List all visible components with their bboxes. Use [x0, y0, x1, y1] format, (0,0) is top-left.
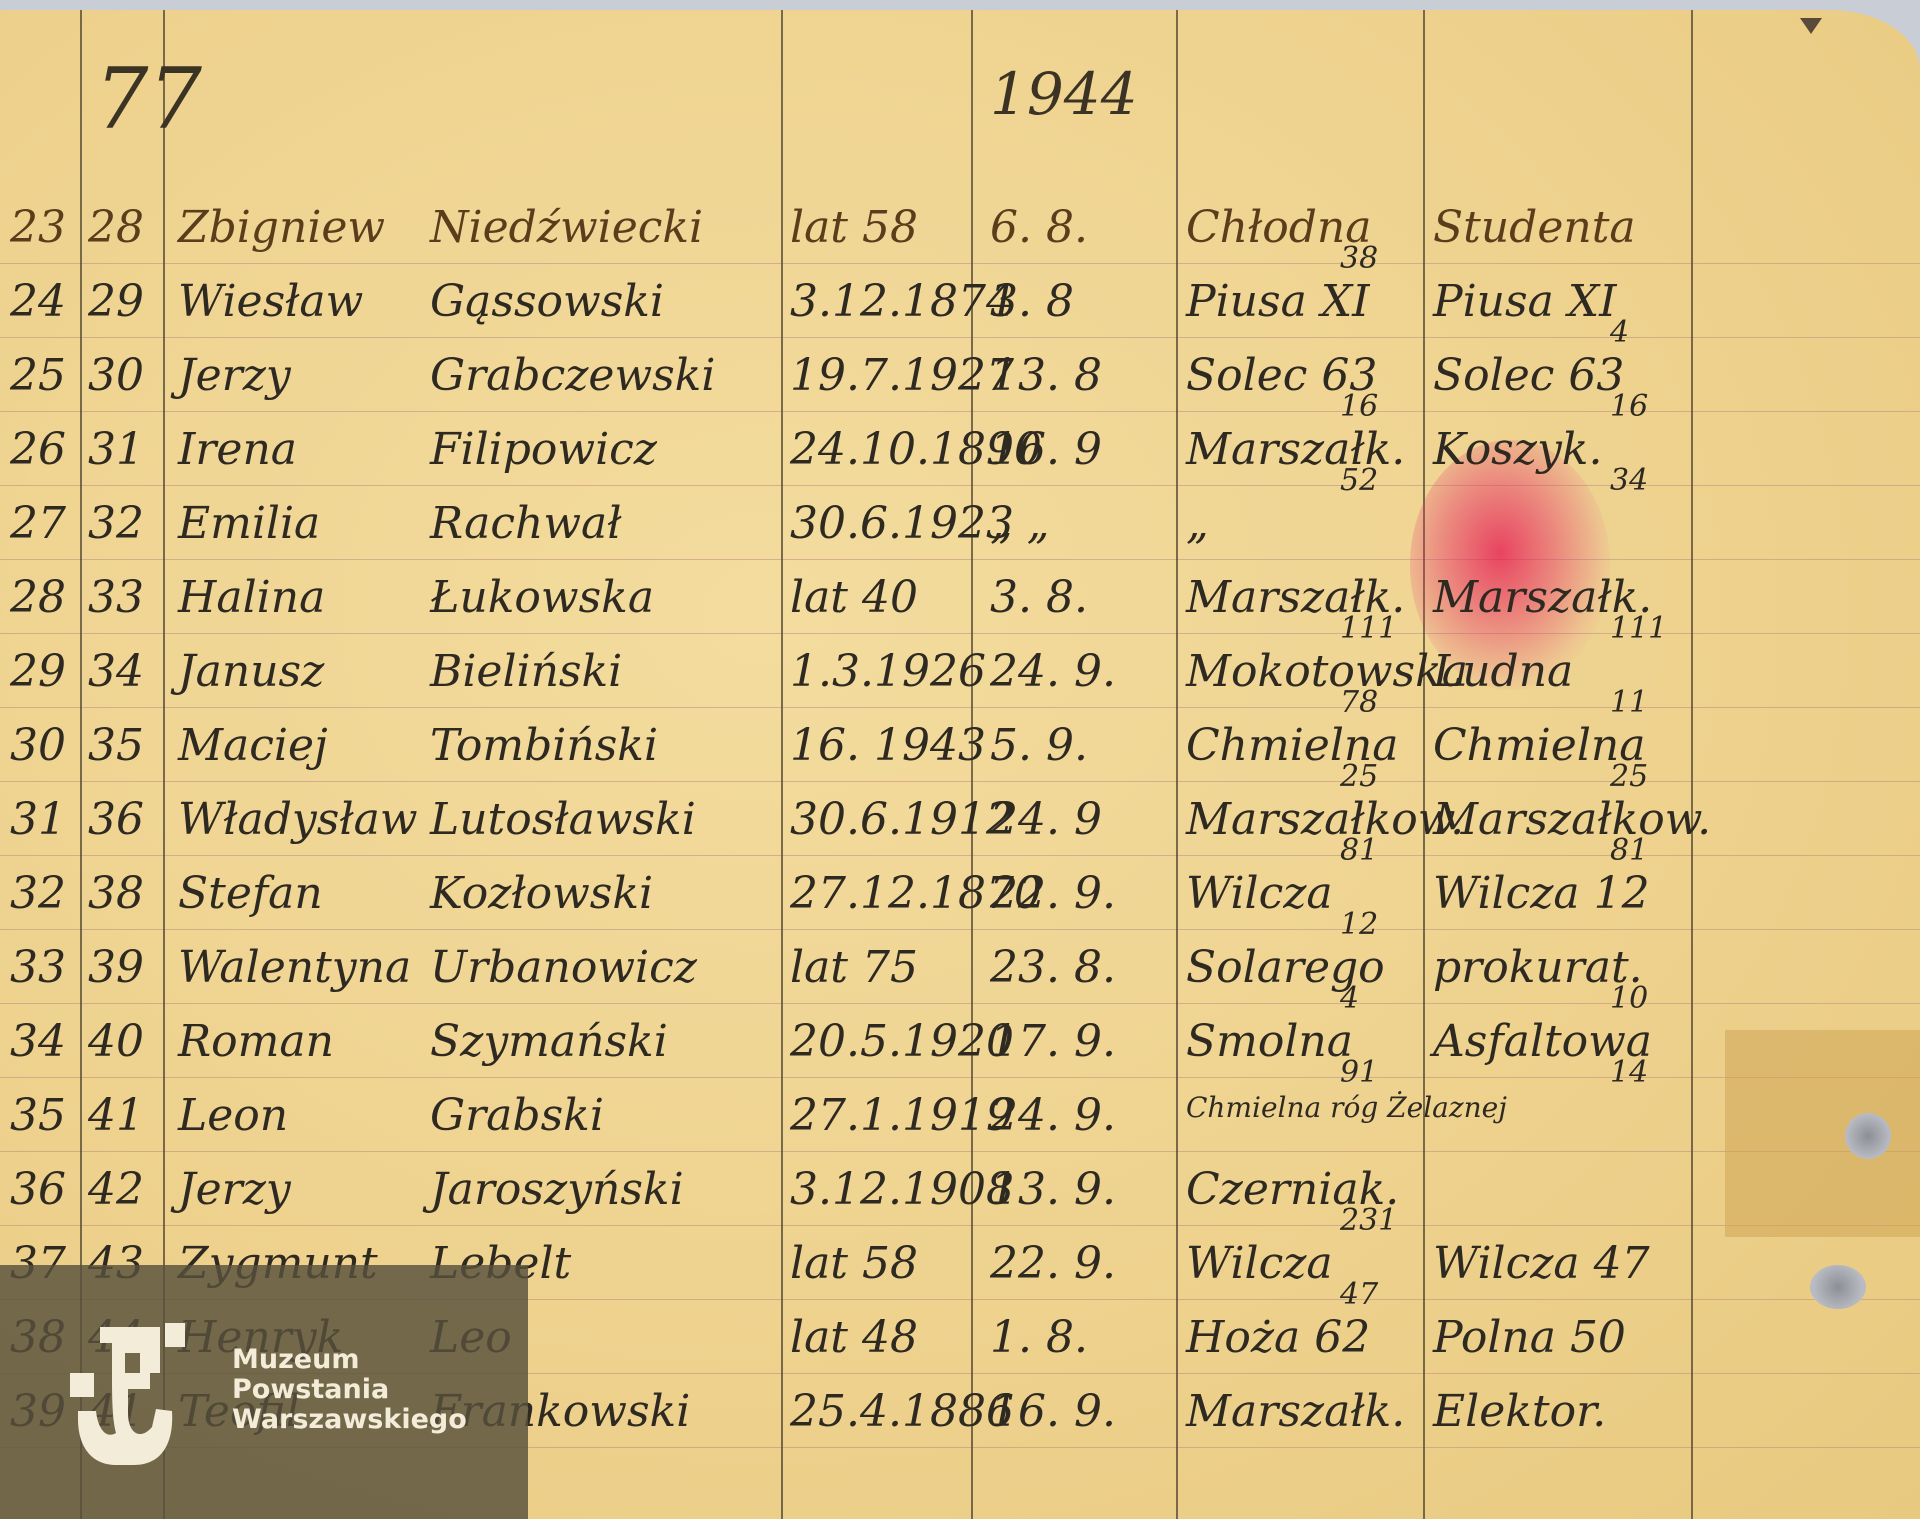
- entry-residence-no: 14: [1610, 1058, 1648, 1088]
- entry-date: 24. 9.: [990, 650, 1116, 694]
- entry-row: 34: [10, 1020, 66, 1064]
- entry-first-name: Halina: [178, 576, 325, 620]
- entry-first-name: Walentyna: [178, 946, 411, 990]
- entry-residence: Wilcza 47: [1433, 1242, 1650, 1286]
- entry-first-name: Irena: [178, 428, 297, 472]
- entry-date: 6. 8.: [990, 206, 1088, 250]
- entry-no: 34: [88, 650, 144, 694]
- entry-date: 24. 9: [990, 798, 1102, 842]
- museum-name: Muzeum Powstania Warszawskiego: [232, 1345, 467, 1435]
- museum-name-line1: Muzeum: [232, 1345, 467, 1375]
- entry-first-name: Leon: [178, 1094, 288, 1138]
- entry-row: 29: [10, 650, 66, 694]
- entry-last-name: Niedźwiecki: [430, 206, 703, 250]
- entry-address-no: 16: [1340, 392, 1378, 422]
- entry-residence-no: 34: [1610, 466, 1648, 496]
- entry-address-no: 38: [1340, 244, 1378, 274]
- page-number: 77: [95, 50, 202, 148]
- entry-last-name: Łukowska: [430, 576, 654, 620]
- entry-address-no: 47: [1340, 1280, 1378, 1310]
- entry-last-name: Bieliński: [430, 650, 622, 694]
- entry-last-name: Gąssowski: [430, 280, 664, 324]
- entry-address: Marszałkow.: [1186, 798, 1464, 842]
- entry-residence: Studenta: [1433, 206, 1636, 250]
- entry-birth: 3.12.1908: [790, 1168, 1014, 1212]
- entry-first-name: Wiesław: [178, 280, 363, 324]
- entry-date: 13. 8: [990, 354, 1102, 398]
- entry-no: 38: [88, 872, 144, 916]
- entry-date: 5. 9.: [990, 724, 1088, 768]
- ruled-line: [0, 263, 1920, 264]
- entry-date: 23. 8.: [990, 946, 1116, 990]
- entry-residence: Polna 50: [1433, 1316, 1626, 1360]
- entry-residence-no: 16: [1610, 392, 1648, 422]
- entry-birth: 30.6.1912: [790, 798, 1014, 842]
- entry-address-no: 81: [1340, 836, 1378, 866]
- entry-no: 33: [88, 576, 144, 620]
- entry-last-name: Urbanowicz: [430, 946, 697, 990]
- entry-residence-no: 81: [1610, 836, 1648, 866]
- column-divider: [1423, 10, 1425, 1519]
- entry-residence: Marszałkow.: [1433, 798, 1711, 842]
- entry-address-no: 52: [1340, 466, 1378, 496]
- ruled-line: [0, 1225, 1920, 1226]
- entry-first-name: Jerzy: [178, 354, 291, 398]
- entry-address: Smolna: [1186, 1020, 1353, 1064]
- entry-residence: Wilcza 12: [1433, 872, 1650, 916]
- entry-first-name: Janusz: [178, 650, 324, 694]
- entry-date: 24. 9.: [990, 1094, 1116, 1138]
- entry-address-no: 78: [1340, 688, 1378, 718]
- entry-last-name: Filipowicz: [430, 428, 657, 472]
- entry-first-name: Władysław: [178, 798, 418, 842]
- entry-no: 28: [88, 206, 144, 250]
- entry-date: 1. 8.: [990, 1316, 1088, 1360]
- entry-address: Wilcza: [1186, 1242, 1333, 1286]
- entry-residence-no: 10: [1610, 984, 1648, 1014]
- entry-address: Hoża 62: [1186, 1316, 1370, 1360]
- entry-row: 23: [10, 206, 66, 250]
- entry-first-name: Stefan: [178, 872, 323, 916]
- entry-birth: lat 40: [790, 576, 918, 620]
- entry-birth: lat 58: [790, 206, 918, 250]
- entry-address-no: 111: [1340, 614, 1397, 644]
- entry-no: 40: [88, 1020, 144, 1064]
- entry-residence: Elektor.: [1433, 1390, 1606, 1434]
- entry-first-name: Emilia: [178, 502, 320, 546]
- entry-residence-no: 4: [1610, 318, 1629, 348]
- entry-address: Wilcza: [1186, 872, 1333, 916]
- entry-date: 16. 9: [990, 428, 1102, 472]
- entry-no: 29: [88, 280, 144, 324]
- entry-birth: 1.3.1926: [790, 650, 986, 694]
- entry-first-name: Maciej: [178, 724, 328, 768]
- entry-residence: Piusa XI: [1433, 280, 1617, 324]
- entry-first-name: Roman: [178, 1020, 334, 1064]
- entry-birth: 30.6.1923: [790, 502, 1014, 546]
- museum-watermark: Muzeum Powstania Warszawskiego: [0, 1265, 528, 1519]
- entry-row: 26: [10, 428, 66, 472]
- entry-last-name: Kozłowski: [430, 872, 653, 916]
- entry-date: 3. 8: [990, 280, 1074, 324]
- entry-residence-no: 111: [1610, 614, 1667, 644]
- entry-birth: lat 75: [790, 946, 918, 990]
- entry-no: 30: [88, 354, 144, 398]
- entry-no: 36: [88, 798, 144, 842]
- entry-last-name: Szymański: [430, 1020, 668, 1064]
- entry-last-name: Lutosławski: [430, 798, 696, 842]
- entry-birth: 20.5.1920: [790, 1020, 1014, 1064]
- entry-row: 33: [10, 946, 66, 990]
- entry-row: 30: [10, 724, 66, 768]
- anchor-kotwica-icon: [70, 1323, 195, 1465]
- entry-row: 32: [10, 872, 66, 916]
- entry-address-no: 4: [1340, 984, 1359, 1014]
- entry-residence-no: 11: [1610, 688, 1648, 718]
- entry-residence: Solec 63: [1433, 354, 1624, 398]
- entry-residence: Koszyk.: [1433, 428, 1602, 472]
- entry-address: „: [1186, 502, 1209, 546]
- entry-no: 31: [88, 428, 144, 472]
- punch-hole: [1845, 1113, 1891, 1159]
- entry-address: Marszałk.: [1186, 1390, 1405, 1434]
- entry-address: Piusa XI: [1186, 280, 1370, 324]
- entry-address-no: 231: [1340, 1206, 1397, 1236]
- entry-last-name: Rachwał: [430, 502, 622, 546]
- entry-residence: Ludna: [1433, 650, 1573, 694]
- museum-name-line2: Powstania: [232, 1375, 467, 1405]
- page-tear: [1800, 18, 1822, 34]
- entry-date: 3. 8.: [990, 576, 1088, 620]
- entry-address-no: 25: [1340, 762, 1378, 792]
- entry-birth: 19.7.1927: [790, 354, 1014, 398]
- entry-row: 24: [10, 280, 66, 324]
- entry-row: 28: [10, 576, 66, 620]
- column-divider: [781, 10, 783, 1519]
- entry-first-name: Zbigniew: [178, 206, 385, 250]
- ruled-line: [0, 1151, 1920, 1152]
- entry-address-no: 12: [1340, 910, 1378, 940]
- entry-last-name: Tombiński: [430, 724, 658, 768]
- entry-last-name: Grabski: [430, 1094, 604, 1138]
- entry-date: 17. 9.: [990, 1020, 1116, 1064]
- column-divider: [1691, 10, 1693, 1519]
- entry-birth: 16. 1943: [790, 724, 986, 768]
- entry-date: „ „: [990, 502, 1050, 546]
- year-heading: 1944: [990, 60, 1138, 128]
- entry-date: 16. 9.: [990, 1390, 1116, 1434]
- entry-last-name: Grabczewski: [430, 354, 715, 398]
- entry-row: 31: [10, 798, 66, 842]
- entry-last-name: Jaroszyński: [430, 1168, 684, 1212]
- entry-row: 35: [10, 1094, 66, 1138]
- entry-no: 41: [88, 1094, 144, 1138]
- entry-no: 39: [88, 946, 144, 990]
- entry-row: 25: [10, 354, 66, 398]
- entry-address: Chmielna róg Żelaznej: [1186, 1094, 1507, 1122]
- entry-birth: lat 48: [790, 1316, 918, 1360]
- entry-date: 22. 9.: [990, 1242, 1116, 1286]
- museum-name-line3: Warszawskiego: [232, 1405, 467, 1435]
- entry-first-name: Jerzy: [178, 1168, 291, 1212]
- ruled-line: [0, 559, 1920, 560]
- entry-birth: 3.12.1874: [790, 280, 1014, 324]
- entry-address-no: 91: [1340, 1058, 1378, 1088]
- entry-birth: 27.1.1919: [790, 1094, 1014, 1138]
- entry-no: 42: [88, 1168, 144, 1212]
- ruled-line: [0, 337, 1920, 338]
- entry-date: 13. 9.: [990, 1168, 1116, 1212]
- entry-birth: lat 58: [790, 1242, 918, 1286]
- ruled-line: [0, 929, 1920, 930]
- column-divider: [1176, 10, 1178, 1519]
- entry-address: Mokotowska: [1186, 650, 1468, 694]
- entry-birth: 25.4.1886: [790, 1390, 1014, 1434]
- entry-residence-no: 25: [1610, 762, 1648, 792]
- punch-hole: [1810, 1265, 1866, 1309]
- entry-date: 22. 9.: [990, 872, 1116, 916]
- entry-row: 36: [10, 1168, 66, 1212]
- entry-no: 32: [88, 502, 144, 546]
- entry-no: 35: [88, 724, 144, 768]
- entry-row: 27: [10, 502, 66, 546]
